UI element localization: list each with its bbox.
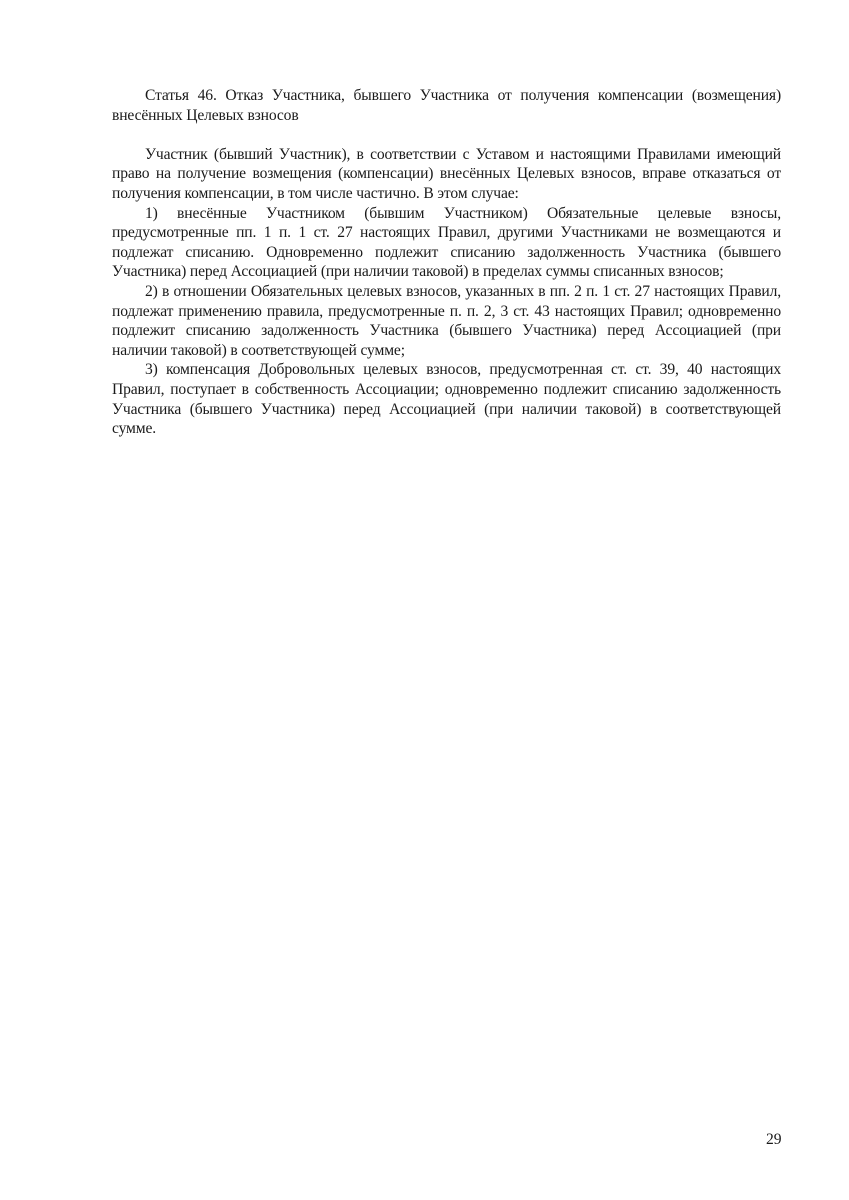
article-heading: Статья 46. Отказ Участника, бывшего Учас… — [112, 86, 781, 125]
page-number: 29 — [766, 1130, 782, 1149]
document-page: Статья 46. Отказ Участника, бывшего Учас… — [0, 0, 849, 1200]
list-item: 3) компенсация Добровольных целевых взно… — [112, 360, 781, 438]
list-item: 2) в отношении Обязательных целевых взно… — [112, 282, 781, 360]
document-body: Статья 46. Отказ Участника, бывшего Учас… — [112, 86, 781, 439]
intro-paragraph: Участник (бывший Участник), в соответств… — [112, 145, 781, 204]
list-item: 1) внесённые Участником (бывшим Участник… — [112, 204, 781, 282]
